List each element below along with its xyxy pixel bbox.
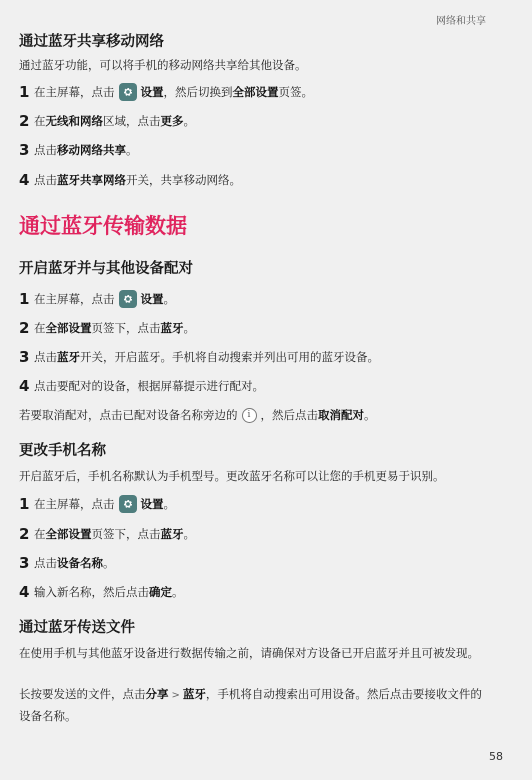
- step-text: 页签下，点击: [92, 320, 161, 336]
- section-title-share-network: 通过蓝牙共享移动网络: [19, 30, 164, 51]
- bold-term: 无线和网络: [46, 113, 104, 129]
- step-text: 。: [184, 526, 196, 542]
- path-separator: >: [172, 690, 180, 701]
- step-number: 3: [19, 554, 34, 572]
- settings-gear-icon: [119, 495, 137, 513]
- step-4: 4 点击 蓝牙共享网络 开关，共享移动网络。: [19, 170, 241, 190]
- step-text: 在主屏幕，点击: [34, 84, 115, 100]
- bold-term: 取消配对: [318, 407, 364, 423]
- section-title-rename: 更改手机名称: [19, 439, 106, 460]
- step-number: 4: [19, 171, 34, 189]
- send-files-para-2: 长按要发送的文件，点击分享>蓝牙，手机将自动搜索出可用设备。然后点击要接收文件的…: [19, 684, 489, 727]
- bold-term: 设备名称: [57, 555, 103, 571]
- section-title-pairing: 开启蓝牙并与其他设备配对: [19, 257, 193, 278]
- note-text: 。: [364, 407, 376, 423]
- bold-term: 蓝牙共享网络: [57, 172, 126, 188]
- step-1: 1 在主屏幕，点击 设置 ，然后切换到 全部设置 页签。: [19, 82, 313, 102]
- step-2: 2 在 无线和网络 区域，点击 更多 。: [19, 111, 195, 131]
- step-text: 区域，点击: [103, 113, 161, 129]
- step-2: 2 在 全部设置 页签下，点击 蓝牙 。: [19, 524, 195, 544]
- step-text: 。: [172, 584, 184, 600]
- step-number: 1: [19, 83, 34, 101]
- step-text: 在主屏幕，点击: [34, 291, 115, 307]
- section-title-send-files: 通过蓝牙传送文件: [19, 616, 135, 637]
- step-3: 3 点击 设备名称 。: [19, 553, 115, 573]
- bold-term: 蓝牙: [161, 320, 184, 336]
- step-text: 点击: [34, 142, 57, 158]
- step-number: 4: [19, 377, 34, 395]
- step-number: 4: [19, 583, 34, 601]
- bold-term: 全部设置: [46, 320, 92, 336]
- step-text: 开关，开启蓝牙。手机将自动搜索并列出可用的蓝牙设备。: [80, 349, 379, 365]
- send-files-para-1: 在使用手机与其他蓝牙设备进行数据传输之前，请确保对方设备已开启蓝牙并且可被发现。: [19, 643, 481, 664]
- bold-term: 全部设置: [46, 526, 92, 542]
- step-1: 1 在主屏幕，点击 设置 。: [19, 289, 175, 309]
- step-3: 3 点击 蓝牙 开关，开启蓝牙。手机将自动搜索并列出可用的蓝牙设备。: [19, 347, 379, 367]
- bold-term: 蓝牙: [161, 526, 184, 542]
- step-text: 点击: [34, 172, 57, 188]
- step-text: 在: [34, 113, 46, 129]
- step-text: 。: [184, 113, 196, 129]
- bold-term: 移动网络共享: [57, 142, 126, 158]
- step-number: 2: [19, 319, 34, 337]
- unpair-note: 若要取消配对，点击已配对设备名称旁边的 i ，然后点击 取消配对 。: [19, 405, 376, 425]
- step-1: 1 在主屏幕，点击 设置 。: [19, 494, 175, 514]
- para-text: 长按要发送的文件，点击: [19, 687, 146, 701]
- step-text: 。: [103, 555, 115, 571]
- bold-term: 设置: [141, 84, 164, 100]
- step-number: 3: [19, 348, 34, 366]
- step-2: 2 在 全部设置 页签下，点击 蓝牙 。: [19, 318, 195, 338]
- settings-gear-icon: [119, 290, 137, 308]
- step-text: 在: [34, 526, 46, 542]
- step-text: 。: [164, 291, 176, 307]
- bold-term: 蓝牙: [183, 687, 206, 701]
- page-number: 58: [489, 750, 503, 763]
- step-text: 页签。: [279, 84, 314, 100]
- bold-term: 设置: [141, 496, 164, 512]
- step-text: 在: [34, 320, 46, 336]
- step-text: 点击: [34, 555, 57, 571]
- step-text: 开关，共享移动网络。: [126, 172, 241, 188]
- step-number: 1: [19, 290, 34, 308]
- note-text: 若要取消配对，点击已配对设备名称旁边的: [19, 407, 238, 423]
- step-number: 2: [19, 525, 34, 543]
- bold-term: 分享: [146, 687, 169, 701]
- bold-term: 更多: [161, 113, 184, 129]
- step-3: 3 点击 移动网络共享 。: [19, 140, 138, 160]
- step-text: 点击要配对的设备，根据屏幕提示进行配对。: [34, 378, 264, 394]
- rename-intro: 开启蓝牙后，手机名称默认为手机型号。更改蓝牙名称可以让您的手机更易于识别。: [19, 468, 445, 484]
- step-text: 输入新名称，然后点击: [34, 584, 149, 600]
- running-header: 网络和共享: [436, 12, 486, 27]
- chapter-title: 通过蓝牙传输数据: [19, 210, 187, 240]
- step-text: ，然后切换到: [164, 84, 233, 100]
- step-number: 3: [19, 141, 34, 159]
- bold-term: 全部设置: [233, 84, 279, 100]
- step-number: 1: [19, 495, 34, 513]
- step-text: 点击: [34, 349, 57, 365]
- step-4: 4 输入新名称，然后点击 确定 。: [19, 582, 184, 602]
- note-text: ，然后点击: [261, 407, 319, 423]
- step-text: 。: [126, 142, 138, 158]
- step-text: 页签下，点击: [92, 526, 161, 542]
- step-4: 4 点击要配对的设备，根据屏幕提示进行配对。: [19, 376, 264, 396]
- step-text: 。: [184, 320, 196, 336]
- info-icon: i: [242, 408, 257, 423]
- settings-gear-icon: [119, 83, 137, 101]
- share-network-intro: 通过蓝牙功能，可以将手机的移动网络共享给其他设备。: [19, 57, 307, 73]
- step-text: 。: [164, 496, 176, 512]
- bold-term: 确定: [149, 584, 172, 600]
- bold-term: 设置: [141, 291, 164, 307]
- step-text: 在主屏幕，点击: [34, 496, 115, 512]
- step-number: 2: [19, 112, 34, 130]
- bold-term: 蓝牙: [57, 349, 80, 365]
